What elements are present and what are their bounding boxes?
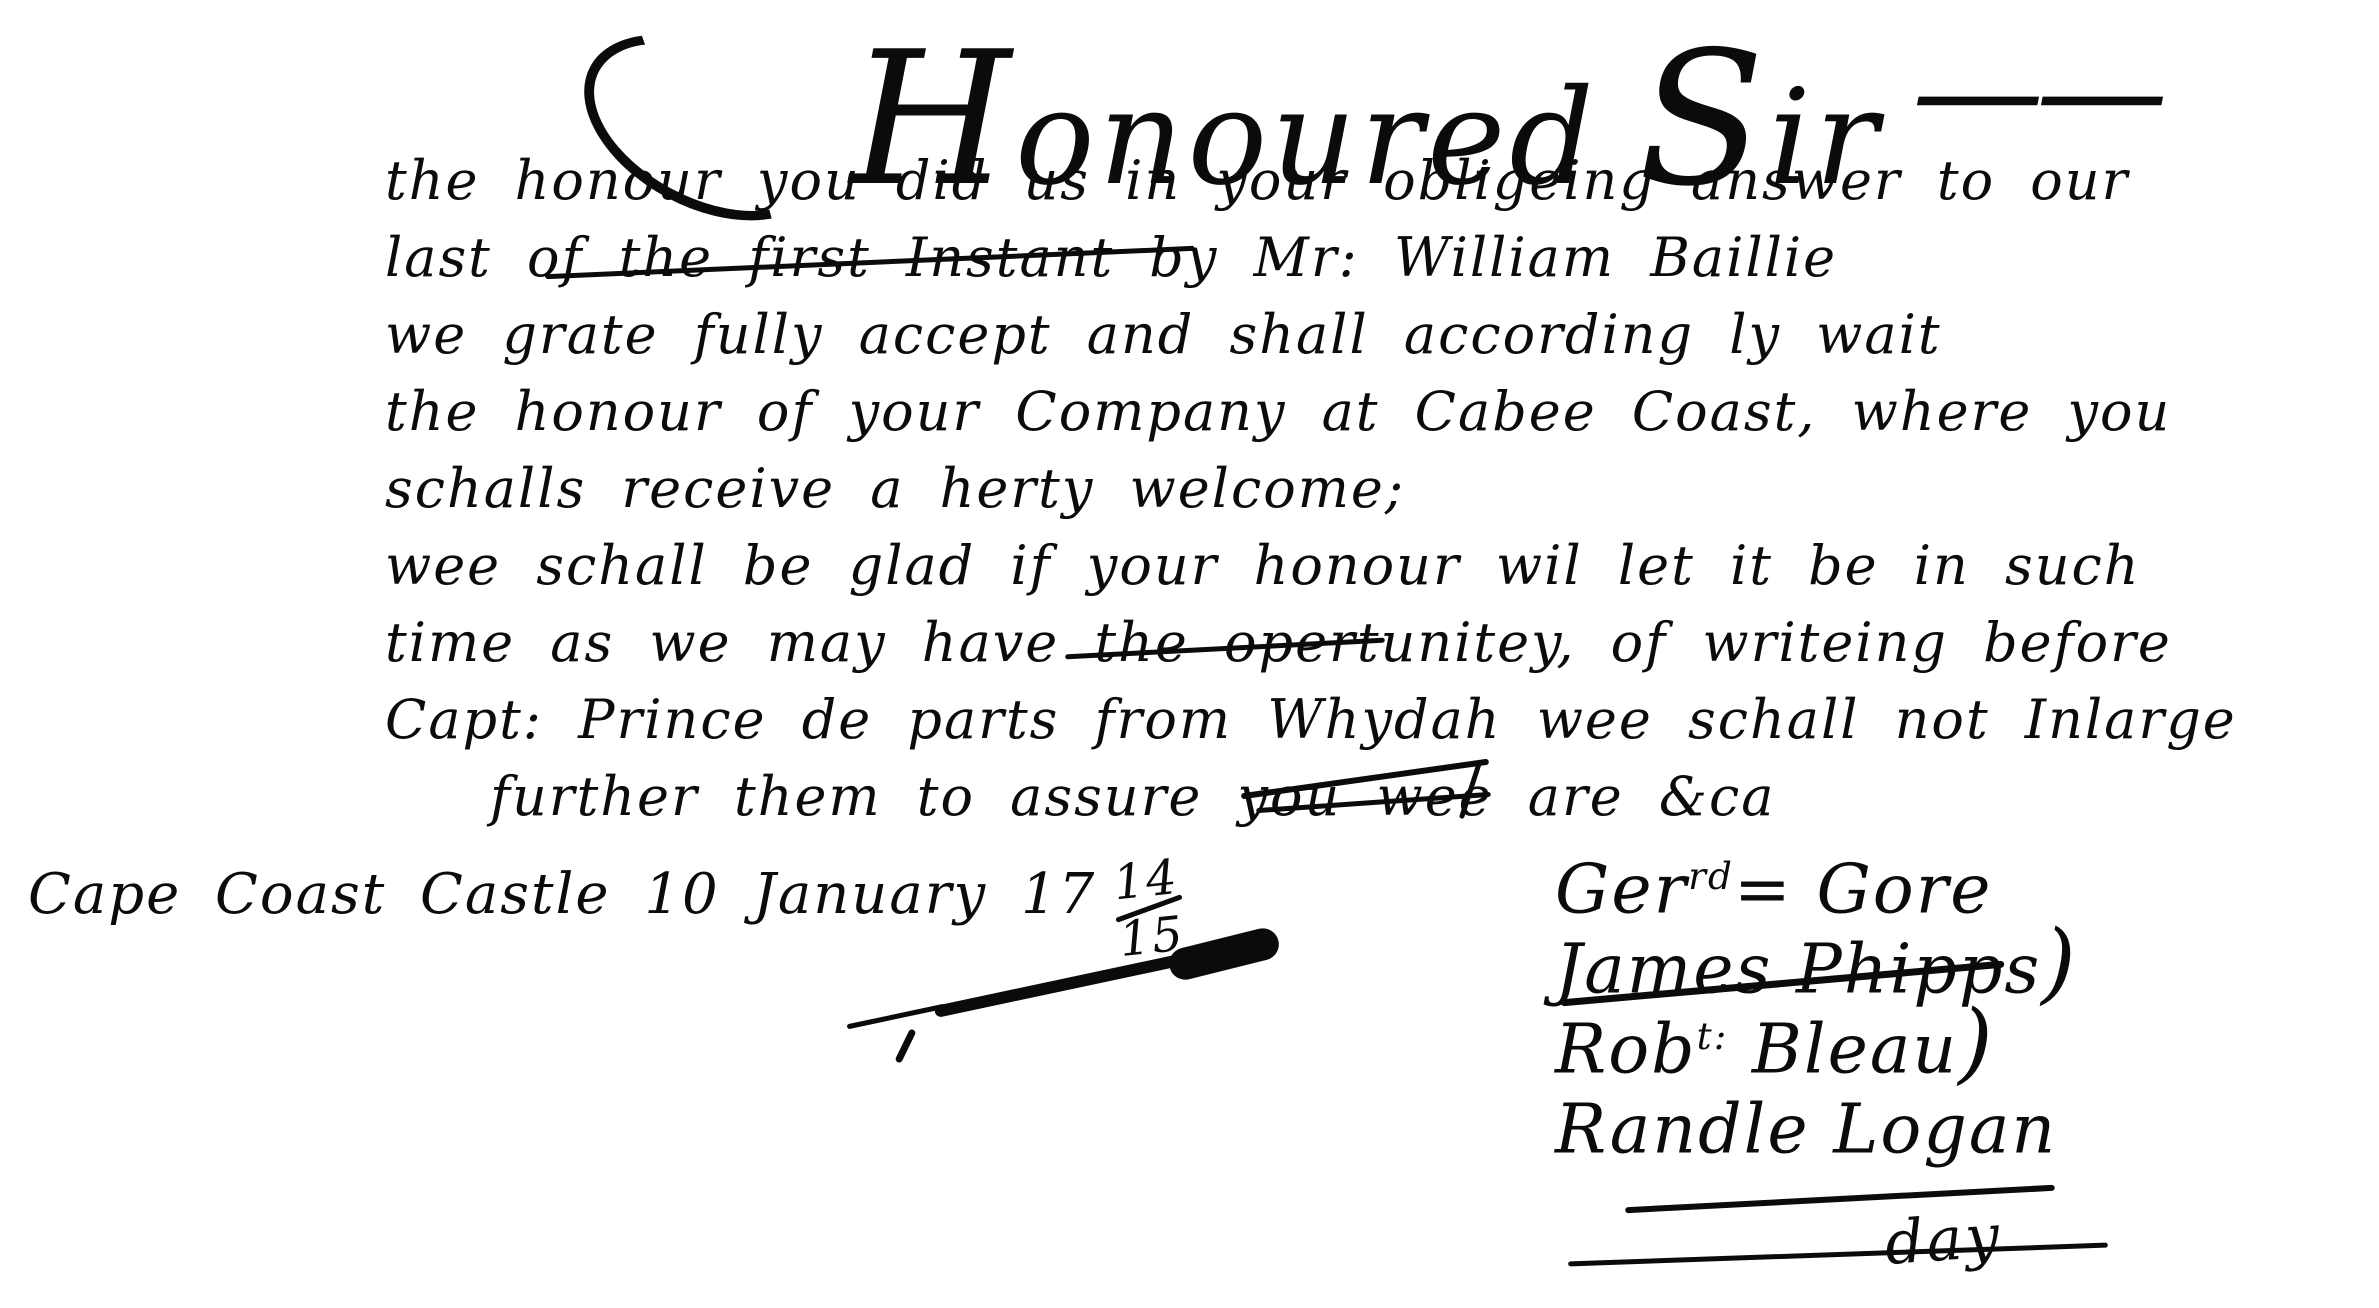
year-fraction: 14 15 bbox=[1109, 853, 1190, 965]
dateline-text: Cape Coast Castle 10 January 17 bbox=[28, 862, 1096, 927]
signature-gore: Gerrd= Gore bbox=[1555, 836, 2078, 916]
body-line-2: last of the first Instant by Mr: William… bbox=[385, 219, 2237, 296]
body-line-9: further them to assure you wee are &ca bbox=[385, 758, 2237, 835]
signature-bleau: Robt: Bleau) bbox=[1555, 996, 2078, 1076]
body-line-5: schalls receive a herty welcome; bbox=[385, 450, 2237, 527]
underline-flourish-icon bbox=[1568, 1243, 2108, 1267]
dateline: Cape Coast Castle 10 January 17 14 15 bbox=[28, 862, 1184, 967]
body-line-8: Capt: Prince de parts from Whydah wee sc… bbox=[385, 681, 2237, 758]
signature-text: Randle bbox=[1555, 1091, 1810, 1170]
body-line-3: we grate fully accept and shall accordin… bbox=[385, 296, 2237, 373]
letter-body: the honour you did us in your obligeing … bbox=[385, 142, 2237, 835]
signature-superscript: rd bbox=[1688, 854, 1734, 898]
signature-superscript: t: bbox=[1697, 1014, 1729, 1058]
ink-smear-icon bbox=[894, 1028, 916, 1063]
letter-page: Honoured Sir —— the honour you did us in… bbox=[0, 0, 2379, 1308]
body-line-4: the honour of your Company at Cabee Coas… bbox=[385, 373, 2237, 450]
ink-smear-icon bbox=[847, 1004, 946, 1030]
signature-text: Logan bbox=[1810, 1091, 2058, 1170]
body-line-1: the honour you did us in your obligeing … bbox=[385, 142, 2237, 219]
body-line-6: wee schall be glad if your honour wil le… bbox=[385, 527, 2237, 604]
salutation-dash: —— bbox=[1912, 22, 2160, 161]
postscript-note: day bbox=[1883, 1201, 2005, 1279]
signature-logan: Randle Logan bbox=[1555, 1076, 2078, 1156]
